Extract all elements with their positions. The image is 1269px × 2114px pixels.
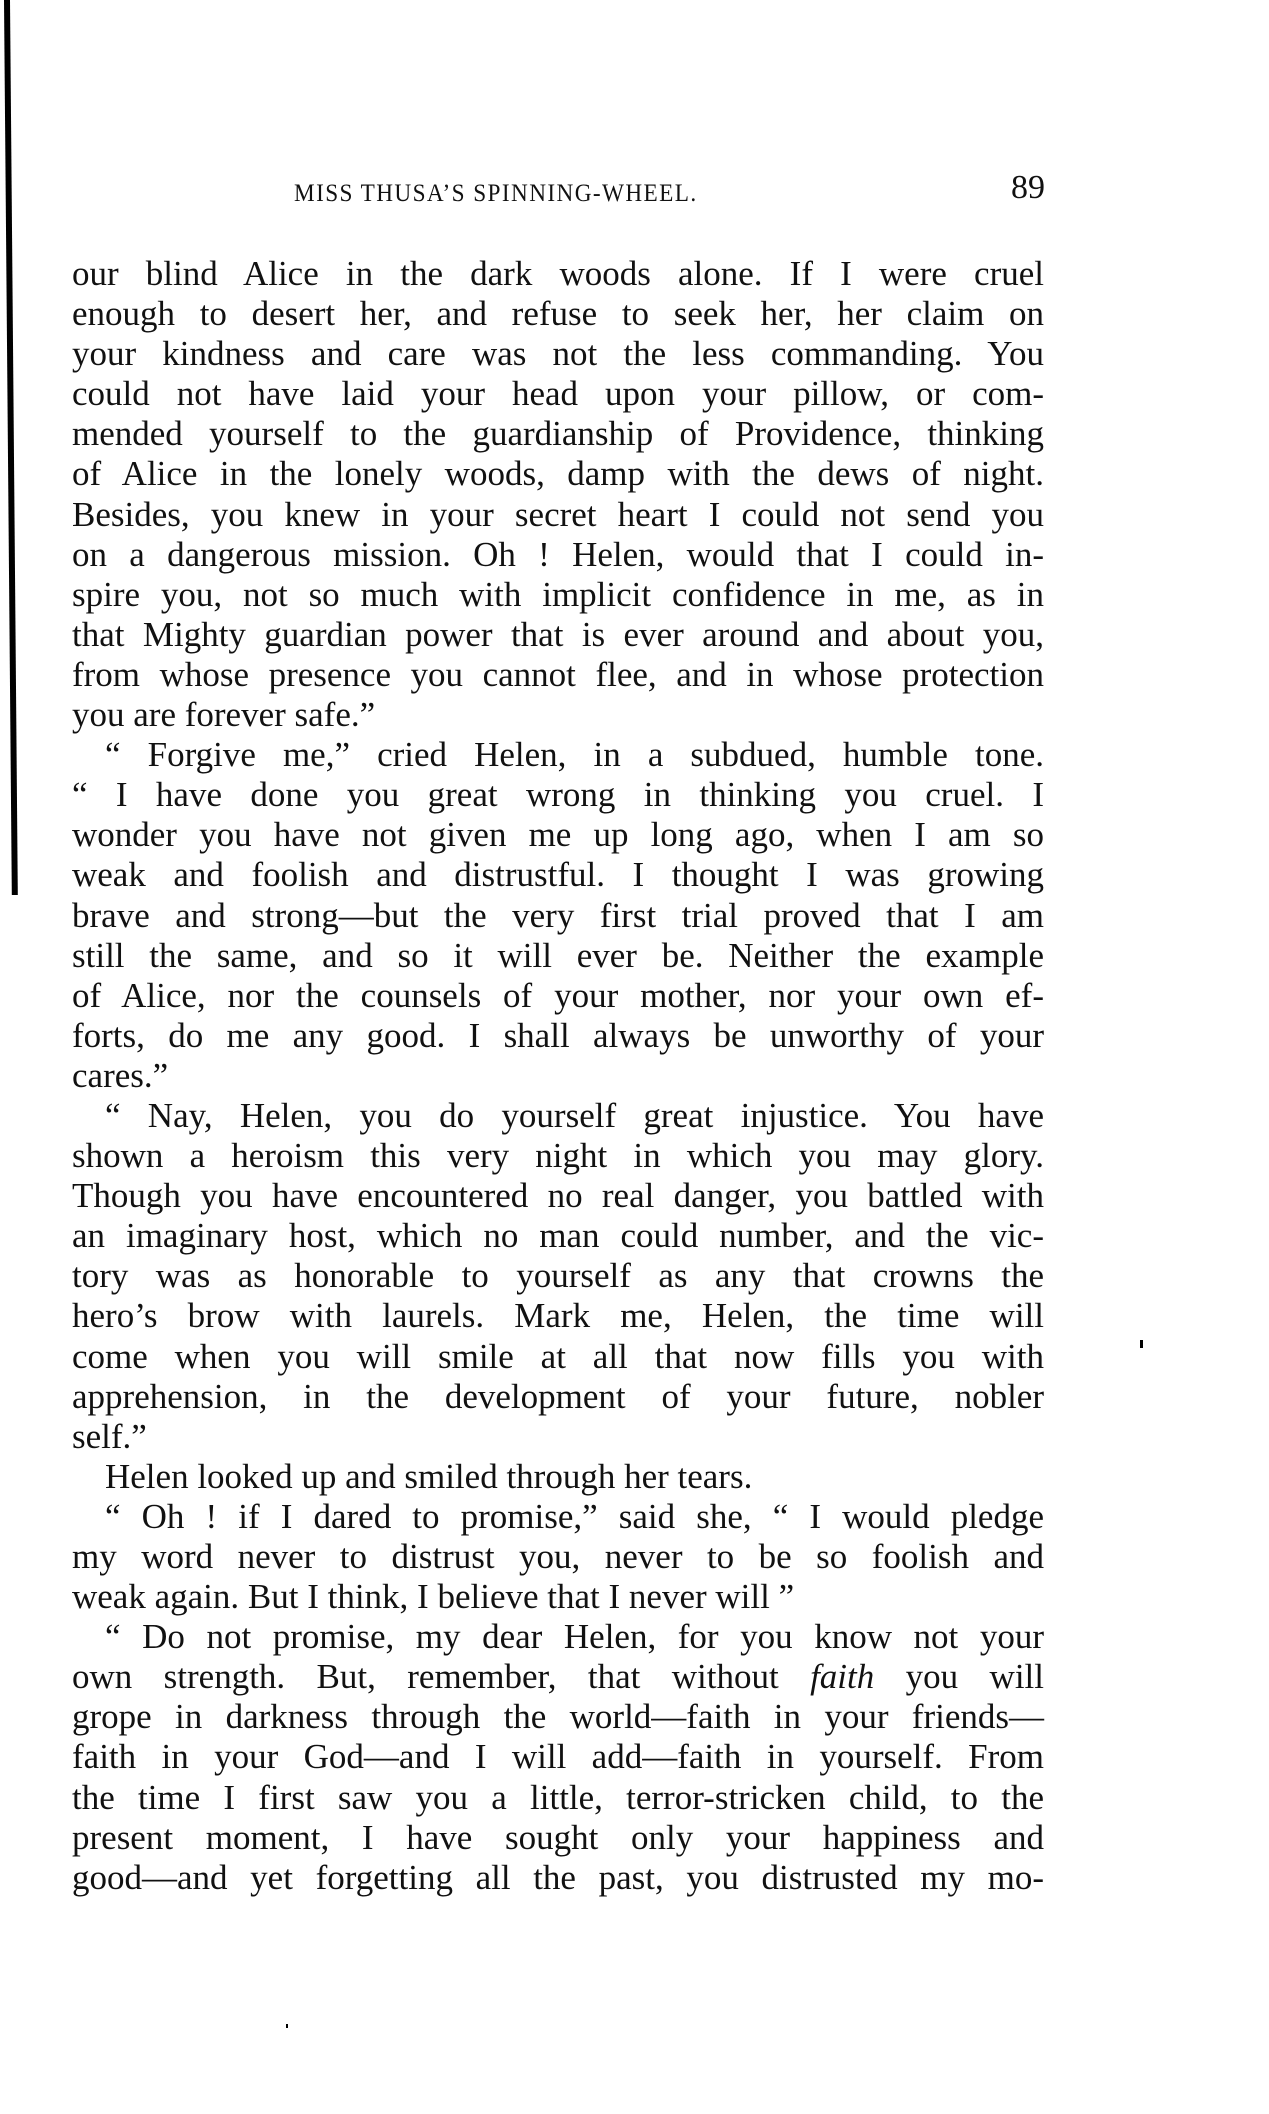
scan-speck bbox=[286, 2024, 288, 2028]
text-line: an imaginary host, which no man could nu… bbox=[72, 1216, 1044, 1256]
text-line: brave and strong—but the very first tria… bbox=[72, 896, 1044, 936]
text-line: good—and yet forgetting all the past, yo… bbox=[72, 1858, 1044, 1898]
text-line: on a dangerous mission. Oh ! Helen, woul… bbox=[72, 535, 1044, 575]
text-line: Though you have encountered no real dang… bbox=[72, 1176, 1044, 1216]
text-segment: own strength. But, remember, that withou… bbox=[72, 1657, 810, 1696]
paragraph-end-line: cares.” bbox=[72, 1056, 1044, 1096]
text-line: still the same, and so it will ever be. … bbox=[72, 936, 1044, 976]
paragraph-end-line: you are forever safe.” bbox=[72, 695, 1044, 735]
text-line: come when you will smile at all that now… bbox=[72, 1337, 1044, 1377]
text-line: enough to desert her, and refuse to seek… bbox=[72, 294, 1044, 334]
text-line: mended yourself to the guardianship of P… bbox=[72, 414, 1044, 454]
italic-word-faith: faith bbox=[810, 1657, 874, 1696]
text-line: hero’s brow with laurels. Mark me, Helen… bbox=[72, 1296, 1044, 1336]
text-line: “ I have done you great wrong in thinkin… bbox=[72, 775, 1044, 815]
text-line: your kindness and care was not the less … bbox=[72, 334, 1044, 374]
paragraph-line: Helen looked up and smiled through her t… bbox=[72, 1457, 1044, 1497]
text-line: apprehension, in the development of your… bbox=[72, 1377, 1044, 1417]
text-line: Besides, you knew in your secret heart I… bbox=[72, 495, 1044, 535]
text-line: could not have laid your head upon your … bbox=[72, 374, 1044, 414]
text-line: wonder you have not given me up long ago… bbox=[72, 815, 1044, 855]
text-line: forts, do me any good. I shall always be… bbox=[72, 1016, 1044, 1056]
text-line: faith in your God—and I will add—faith i… bbox=[72, 1737, 1044, 1777]
text-line: of Alice in the lonely woods, damp with … bbox=[72, 454, 1044, 494]
body-text: our blind Alice in the dark woods alone.… bbox=[72, 254, 1044, 1898]
text-line: weak and foolish and distrustful. I thou… bbox=[72, 855, 1044, 895]
text-line: that Mighty guardian power that is ever … bbox=[72, 615, 1044, 655]
scan-speck bbox=[1140, 1340, 1143, 1348]
text-line: my word never to distrust you, never to … bbox=[72, 1537, 1044, 1577]
paragraph-start-line: “ Forgive me,” cried Helen, in a subdued… bbox=[72, 735, 1044, 775]
text-line: our blind Alice in the dark woods alone.… bbox=[72, 254, 1044, 294]
paragraph-start-line: “ Oh ! if I dared to promise,” said she,… bbox=[72, 1497, 1044, 1537]
running-head: MISS THUSA’S SPINNING-WHEEL. bbox=[294, 178, 780, 210]
paragraph-start-line: “ Nay, Helen, you do yourself great inju… bbox=[72, 1096, 1044, 1136]
paragraph-end-line: weak again. But I think, I believe that … bbox=[72, 1577, 1044, 1617]
page-edge-shadow bbox=[4, 0, 18, 895]
text-line-with-italic: own strength. But, remember, that withou… bbox=[72, 1657, 1044, 1697]
text-line: tory was as honorable to yourself as any… bbox=[72, 1256, 1044, 1296]
paragraph-end-line: self.” bbox=[72, 1417, 1044, 1457]
text-line: the time I first saw you a little, terro… bbox=[72, 1778, 1044, 1818]
text-line: present moment, I have sought only your … bbox=[72, 1818, 1044, 1858]
paragraph-start-line: “ Do not promise, my dear Helen, for you… bbox=[72, 1617, 1044, 1657]
text-line: from whose presence you cannot flee, and… bbox=[72, 655, 1044, 695]
text-segment: you will bbox=[874, 1657, 1044, 1696]
text-line: shown a heroism this very night in which… bbox=[72, 1136, 1044, 1176]
page-number: 89 bbox=[1000, 170, 1045, 206]
text-line: of Alice, nor the counsels of your mothe… bbox=[72, 976, 1044, 1016]
text-line: grope in darkness through the world—fait… bbox=[72, 1697, 1044, 1737]
text-line: spire you, not so much with implicit con… bbox=[72, 575, 1044, 615]
